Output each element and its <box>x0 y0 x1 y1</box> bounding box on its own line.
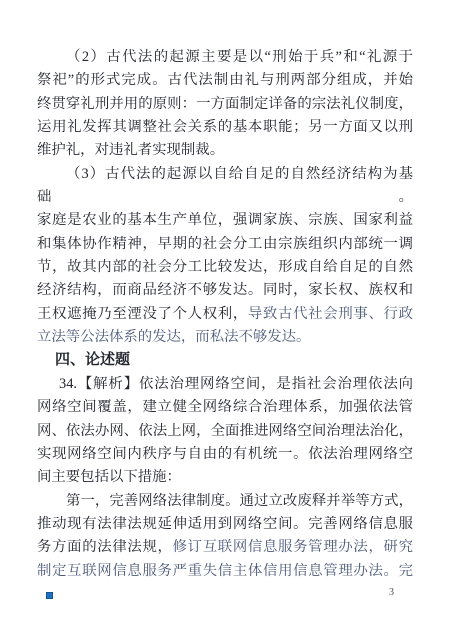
section-heading: 四、论述题 <box>37 349 413 372</box>
text-line: （2）古代法的起源主要是以“刑始于兵”和“礼源于 <box>37 46 413 69</box>
text-line: 间主要包括以下措施： <box>37 466 413 489</box>
paragraph: （2）古代法的起源主要是以“刑始于兵”和“礼源于祭祀”的形式完成。古代法制由礼与… <box>37 46 413 163</box>
document-body: （2）古代法的起源主要是以“刑始于兵”和“礼源于祭祀”的形式完成。古代法制由礼与… <box>37 46 413 583</box>
text-line: （3）古代法的起源以自给自足的自然经济结构为基础。 <box>37 163 413 210</box>
text-line: 实现网络空间内秩序与自由的有机统一。依法治理网络空 <box>37 443 413 466</box>
text-segment: 34.【解析】依法治理网络空间，是指社会治理依法向 <box>59 376 413 392</box>
text-line: 四、论述题 <box>37 349 413 372</box>
text-segment: （3）古代法的起源以自给自足的自然经济结构为基础。 <box>37 166 413 205</box>
text-segment: 终贯穿礼刑并用的原则：一方面制定详备的宗法礼仪制度， <box>37 96 413 112</box>
text-line: 第一，完善网络法律制度。通过立改废释并举等方式， <box>37 490 413 513</box>
text-segment: 四、论述题 <box>55 352 130 368</box>
text-line: 网、依法办网、依法上网，全面推进网络空间治理法治化， <box>37 420 413 443</box>
page-number: 3 <box>389 586 394 600</box>
text-segment: （2）古代法的起源主要是以“刑始于兵”和“礼源于 <box>66 49 413 65</box>
text-segment: 经济结构，而商品经济不够发达。同时，家长权、族权和 <box>37 282 413 298</box>
text-line: 终贯穿礼刑并用的原则：一方面制定详备的宗法礼仪制度， <box>37 93 413 116</box>
text-segment: 维护礼，对违礼者实现制裁。 <box>37 142 224 158</box>
text-line: 家庭是农业的基本生产单位，强调家族、宗族、国家利益 <box>37 209 413 232</box>
text-line: 节，故其内部的社会分工比较发达，形成自给自足的自然 <box>37 256 413 279</box>
text-segment: 王权遮掩乃至湮没了个人权利， <box>37 306 248 322</box>
text-segment: 家庭是农业的基本生产单位，强调家族、宗族、国家利益 <box>37 212 413 228</box>
highlighted-text: 制定互联网信息服务严重失信主体信用信息管理办法。完 <box>37 563 413 579</box>
text-line: 34.【解析】依法治理网络空间，是指社会治理依法向 <box>37 373 413 396</box>
text-segment: 和集体协作精神，早期的社会分工由宗族组织内部统一调 <box>37 236 413 252</box>
paragraph: （3）古代法的起源以自给自足的自然经济结构为基础。家庭是农业的基本生产单位，强调… <box>37 163 413 350</box>
text-line: 经济结构，而商品经济不够发达。同时，家长权、族权和 <box>37 279 413 302</box>
text-line: 推动现有法律法规延伸适用到网络空间。完善网络信息服 <box>37 513 413 536</box>
text-line: 王权遮掩乃至湮没了个人权利，导致古代社会刑事、行政 <box>37 303 413 326</box>
document-page: （2）古代法的起源主要是以“刑始于兵”和“礼源于祭祀”的形式完成。古代法制由礼与… <box>0 0 450 637</box>
text-line: 立法等公法体系的发达，而私法不够发达。 <box>37 326 413 349</box>
text-segment: 务方面的法律法规， <box>37 539 173 555</box>
paragraph: 34.【解析】依法治理网络空间，是指社会治理依法向网络空间覆盖，建立健全网络综合… <box>37 373 413 490</box>
text-segment: 间主要包括以下措施： <box>37 469 181 485</box>
text-line: 制定互联网信息服务严重失信主体信用信息管理办法。完 <box>37 560 413 583</box>
highlighted-text: 修订互联网信息服务管理办法，研究 <box>173 539 413 555</box>
text-segment: 推动现有法律法规延伸适用到网络空间。完善网络信息服 <box>37 516 413 532</box>
text-line: 网络空间覆盖，建立健全网络综合治理体系，加强依法管 <box>37 396 413 419</box>
text-segment: 祭祀”的形式完成。古代法制由礼与刑两部分组成，并始 <box>37 72 413 88</box>
text-segment: 运用礼发挥其调整社会关系的基本职能；另一方面又以刑 <box>37 119 413 135</box>
text-segment: 第一，完善网络法律制度。通过立改废释并举等方式， <box>66 493 413 509</box>
text-line: 维护礼，对违礼者实现制裁。 <box>37 139 413 162</box>
text-segment: 节，故其内部的社会分工比较发达，形成自给自足的自然 <box>37 259 413 275</box>
highlighted-text: 立法等公法体系的发达，而私法不够发达。 <box>37 329 310 345</box>
text-line: 祭祀”的形式完成。古代法制由礼与刑两部分组成，并始 <box>37 69 413 92</box>
paragraph: 第一，完善网络法律制度。通过立改废释并举等方式，推动现有法律法规延伸适用到网络空… <box>37 490 413 583</box>
highlighted-text: 导致古代社会刑事、行政 <box>248 306 413 322</box>
text-segment: 网、依法办网、依法上网，全面推进网络空间治理法治化， <box>37 423 413 439</box>
text-line: 和集体协作精神，早期的社会分工由宗族组织内部统一调 <box>37 233 413 256</box>
text-line: 运用礼发挥其调整社会关系的基本职能；另一方面又以刑 <box>37 116 413 139</box>
text-line: 务方面的法律法规，修订互联网信息服务管理办法，研究 <box>37 536 413 559</box>
text-segment: 实现网络空间内秩序与自由的有机统一。依法治理网络空 <box>37 446 413 462</box>
text-segment: 网络空间覆盖，建立健全网络综合治理体系，加强依法管 <box>37 399 413 415</box>
blue-square-icon <box>46 592 53 599</box>
